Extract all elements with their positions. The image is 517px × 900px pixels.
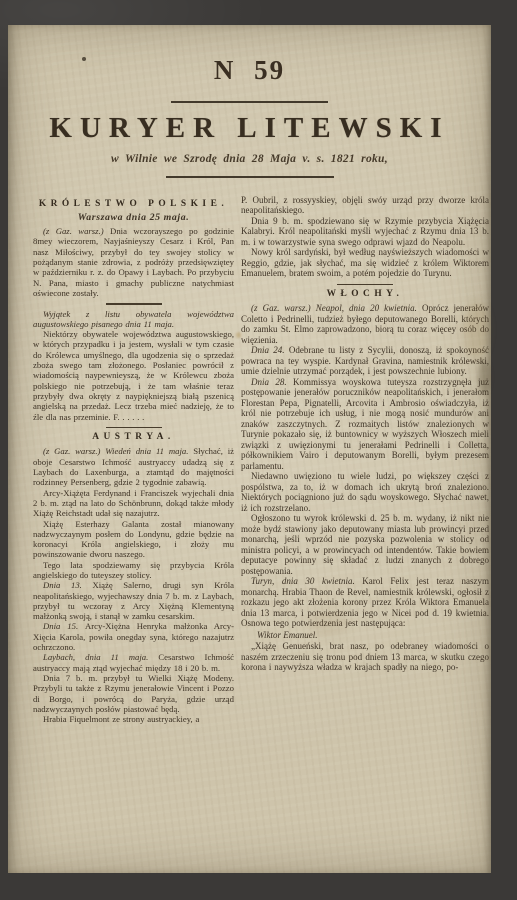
paragraph-lead: (z Gaz. warsz.) Neapol, dnia 20 kwietnia… xyxy=(251,303,422,313)
article-paragraph: Niektórzy obywatele województwa augustow… xyxy=(33,329,234,422)
article-paragraph: Turyn, dnia 30 kwietnia. Karol Felix jes… xyxy=(241,576,489,629)
article-paragraph: Laybach, dnia 11 maja. Cesarstwo Ichmość… xyxy=(33,652,234,673)
article-paragraph: Nowy król sardyński, był według nayśwież… xyxy=(241,247,489,279)
article-paragraph: Dnia 13. Xiążę Salerno, drugi syn Króla … xyxy=(33,580,234,621)
article-paragraph: P. Oubril, z rossyyskiey, objęli swóy ur… xyxy=(241,195,489,216)
article-paragraph: Dnia 9 b. m. spodziewano się w Rzymie pr… xyxy=(241,216,489,248)
paragraph-lead: Dnia 13. xyxy=(43,580,92,590)
article-dateline: Warszawa dnia 25 maja. xyxy=(33,213,234,223)
article-paragraph: Dnia 24. Odebrane tu listy z Sycylii, do… xyxy=(241,345,489,377)
paragraph-lead: Dnia 28. xyxy=(251,377,293,387)
article-paragraph: Arcy-Xiążęta Ferdynand i Franciszek wyje… xyxy=(33,488,234,519)
publication-dateline: w Wilnie we Szrodę dnia 28 Maja v. s. 18… xyxy=(8,153,491,165)
article-paragraph: Ogłoszono tu wyrok królewski d. 25 b. m.… xyxy=(241,513,489,576)
article-paragraph: Niedawno uwięziono tu wiele ludzi, po wi… xyxy=(241,471,489,513)
masthead-header: N 59 KURYER LITEWSKI w Wilnie we Szrodę … xyxy=(8,25,491,178)
article-columns: KRÓLESTWO POLSKIE.Warszawa dnia 25 maja.… xyxy=(8,178,491,725)
paragraph-lead: Turyn, dnia 30 kwietnia. xyxy=(251,576,362,586)
section-heading: WŁOCHY. xyxy=(241,289,489,300)
article-paragraph: „Xiążę Genueński, brat nasz, po odebrane… xyxy=(241,641,489,673)
article-paragraph: (z Gaz. warsz.) Neapol, dnia 20 kwietnia… xyxy=(241,303,489,345)
paragraph-lead: Dnia 15. xyxy=(43,621,85,631)
section-heading: AUSTRYA. xyxy=(33,432,234,442)
issue-number: N 59 xyxy=(8,25,491,86)
section-divider xyxy=(106,303,162,304)
header-divider xyxy=(166,176,334,178)
paragraph-lead: Laybach, dnia 11 maja. xyxy=(43,652,158,662)
article-paragraph: Dnia 7 b. m. przybył tu Wielki Xiążę Mod… xyxy=(33,673,234,714)
section-divider xyxy=(106,427,162,428)
article-paragraph: Hrabia Fiquelmont ze strony austryackiey… xyxy=(33,714,234,724)
section-heading: KRÓLESTWO POLSKIE. xyxy=(33,199,234,209)
section-divider xyxy=(337,284,393,285)
article-paragraph: (z Gaz. warsz.) Wiedeń dnia 11 maja. Sły… xyxy=(33,446,234,487)
header-divider xyxy=(171,101,328,103)
article-paragraph: Dnia 28. Kommissya woyskowa tuteysza roz… xyxy=(241,377,489,472)
article-note: Wyjątek z listu obywatela województwa au… xyxy=(33,309,234,330)
left-column: KRÓLESTWO POLSKIE.Warszawa dnia 25 maja.… xyxy=(33,195,234,725)
masthead-title: KURYER LITEWSKI xyxy=(8,112,491,145)
article-paragraph: Tego lata spodziewamy się przybycia Król… xyxy=(33,560,234,581)
paragraph-lead: Dnia 24. xyxy=(251,345,289,355)
article-signature-line: Wiktor Emanuel. xyxy=(241,630,489,641)
article-paragraph: Dnia 15. Arcy-Xiężna Henryka małżonka Ar… xyxy=(33,621,234,652)
newspaper-page: N 59 KURYER LITEWSKI w Wilnie we Szrodę … xyxy=(8,25,491,873)
scanner-background: { "colors":{"paper":"#cec4ab","ink":"#3c… xyxy=(0,0,517,900)
article-paragraph: Xiążę Esterhazy Galanta został mianowany… xyxy=(33,519,234,560)
article-paragraph: (z Gaz. warsz.) Dnia wczorayszego po god… xyxy=(33,226,234,298)
right-column: P. Oubril, z rossyyskiey, objęli swóy ur… xyxy=(241,195,489,673)
paragraph-lead: (z Gaz. warsz.) Wiedeń dnia 11 maja. xyxy=(43,446,193,456)
paragraph-lead: (z Gaz. warsz.) xyxy=(43,226,110,236)
